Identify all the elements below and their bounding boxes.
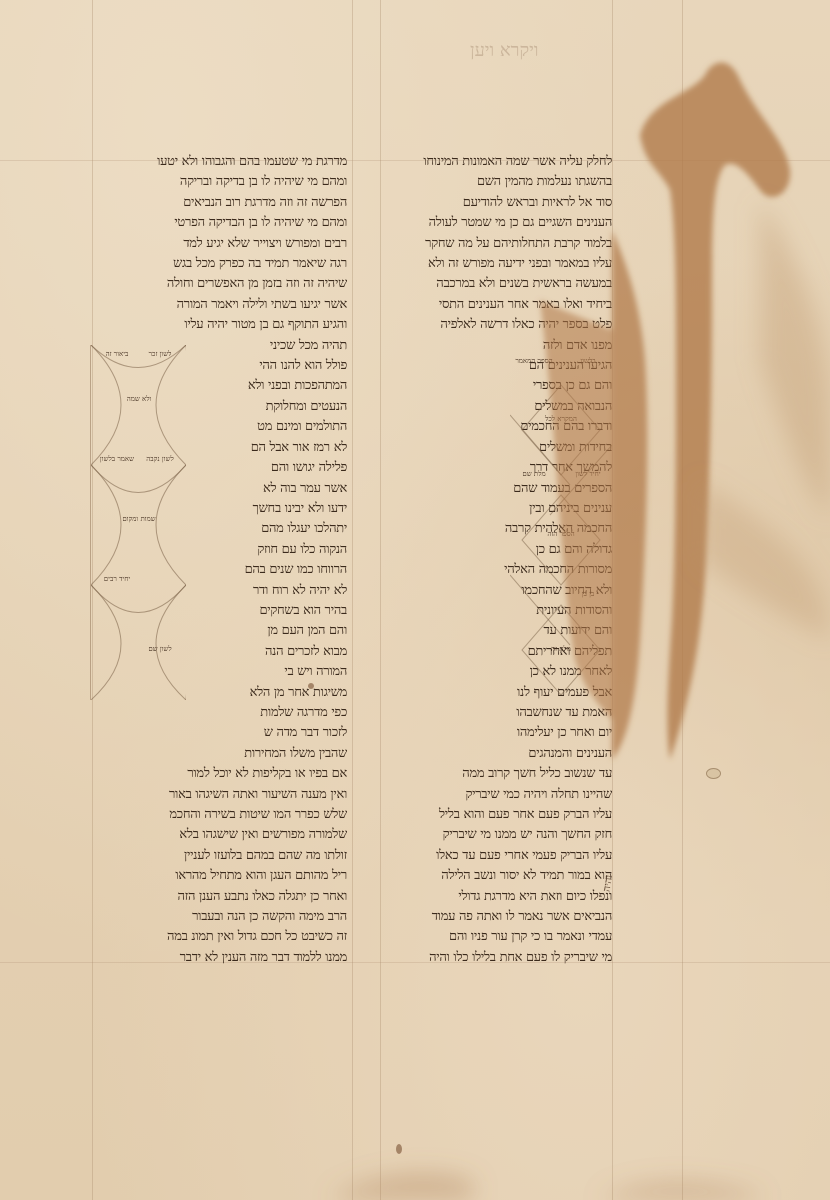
text-line: לא יהיה לא רוח ודר (188, 581, 347, 601)
text-line: לזכור דבר מדה ש (188, 723, 347, 743)
micrography-cell: שאמר בלשון (93, 455, 141, 464)
text-line: המתהפכות ובפני ולא (188, 376, 347, 396)
text-line: ידעו ולא יבינו בחשך (188, 499, 347, 519)
text-line: הפרשה זה וזה מדרגת רוב הנביאים (92, 193, 347, 213)
right-micrography-lattice: הספר המאמר בלשון המקרא לכל מלת שם יחיד ל… (510, 355, 612, 695)
ink-spot (308, 683, 314, 689)
text-line: במעשה בראשית בשנים ולא במרכבה (375, 274, 612, 294)
text-line: מי שיבריק לו פעם אחת בלילו כלו והיה (375, 948, 612, 968)
text-line: ממנו ללמוד דבר מזה הענין לא ידבר (92, 948, 347, 968)
text-line: הנעטים ומחלוקת (188, 397, 347, 417)
micrography-cell: לשון זכר (136, 350, 184, 359)
ink-spot (396, 1144, 402, 1154)
text-line: אשר יגיעו בשתי ולילה ויאמר המורה (92, 295, 347, 315)
ruling-line (682, 0, 683, 1200)
text-line: רבים ומפורש ויצוייר שלא יגיע למד (92, 234, 347, 254)
text-line: רגה שיאמר תמיד בה כפרק מכל בגש (92, 254, 347, 274)
text-line: יתהלכו יעגלו מהם (188, 519, 347, 539)
text-line: מבוא לזכרים הנה (188, 642, 347, 662)
text-line: ביחיד ואלו באמר אחר הענינים התסי (375, 295, 612, 315)
text-line: הענינים והמנהגים (481, 744, 612, 764)
micrography-cell: המקרא לכל (537, 415, 585, 424)
text-line: הוא במור תמיד לא יסור ונשב הלילה (375, 866, 612, 886)
text-line: מפנו אדם ולזה (481, 336, 612, 356)
text-line: והגיע התוקף גם בן מטור יהיה עליו (92, 315, 347, 335)
text-line: זה כשיבט כל חכם גדול ואין תמונ במה (92, 927, 347, 947)
text-line: הנקוה כלו עם חוזק (188, 540, 347, 560)
left-micrography-lattice: ביאור זה לשון זכר ולא שמה שאמר בלשון לשו… (90, 345, 186, 700)
text-line: שיהיה זה וזה בזמן מן האפשרים וחולה (92, 274, 347, 294)
micrography-cell: יחיד רבים (93, 575, 141, 584)
text-line: התולמים ומינם מט (188, 417, 347, 437)
text-line: עד שנשוב כליל חשך קרוב ממה (375, 764, 612, 784)
text-line: ריל מהותם העגן והוא מתחיל מהראו (92, 866, 347, 886)
text-line: סוד אל לראיות ובראש להודיעם (375, 193, 612, 213)
text-line: חזק החשך והנה יש ממנו מי שיבריק (375, 825, 612, 845)
micrography-cell: הספר המאמר (510, 357, 558, 366)
micrography-cell: שמות ומקום (115, 515, 163, 524)
text-line: בלמוד קרבת התחלותיהם על מה שחקר (375, 234, 612, 254)
text-line: הרב מימה והקשה כן הנה ובעבור (92, 907, 347, 927)
text-line: עליו במאמר ובפני ידיעה מפורש זה ולא (375, 254, 612, 274)
text-line: אם בפיו או בקליפות לא יוכל למור (92, 764, 347, 784)
micrography-cell: ביאור זה (93, 350, 141, 359)
micrography-cell: בן בן (564, 590, 612, 599)
text-line: שלש כפרר המו שיטות בשירה והחכמ (92, 805, 347, 825)
catchword: והיה (601, 874, 615, 892)
text-line: יום ואחר כן יעלימהו (481, 723, 612, 743)
text-line: ונפלו כיום וזאת היא מדרגת גדולי (375, 887, 612, 907)
text-line: הרווחו כמו שנים בהם (188, 560, 347, 580)
text-line: בהיר הוא בשחקים (188, 601, 347, 621)
text-line: שלמורה מפורשים ואין שישגהו בלא (92, 825, 347, 845)
diamond-pattern-icon (510, 355, 612, 695)
text-line: פלילה יגושו והם (188, 458, 347, 478)
text-line: לא רמז אור אבל הם (188, 438, 347, 458)
text-line: שהבין משלו המחירות (188, 744, 347, 764)
text-line: האמת עד שנחשבהו (481, 703, 612, 723)
ruling-line (352, 0, 353, 1200)
ruling-line (612, 0, 613, 1200)
micrography-cell: מלת זה (537, 645, 585, 654)
micrography-cell: יחיד לשון (564, 470, 612, 479)
text-line: פולל הוא להנו ההי (188, 356, 347, 376)
text-line: עמדי ונאמר בו כי קרן עור פניו והם (375, 927, 612, 947)
text-line: הענינים השגיים גם כן מי שמטר לעולה (375, 213, 612, 233)
text-line: עליו הבריק פעמי אחרי פעם עד כאלו (375, 846, 612, 866)
micrography-cell: לשון שם (136, 645, 184, 654)
text-line: בהשגתו נעלמות מהמין השם (375, 172, 612, 192)
text-line: ואין מענה השיעור ואתה השיגהו באור (92, 785, 347, 805)
faint-heading: ויקרא ויען (470, 40, 538, 61)
text-line: כפי מדרגה שלמות (188, 703, 347, 723)
text-line: הנביאים אשר נאמר לו ואתה פה עמוד (375, 907, 612, 927)
text-line: עליו הברק פעם אחר פעם והוא בליל (375, 805, 612, 825)
text-line: פלט בספר יהיה כאלו דרשה לאלפיה (375, 315, 612, 335)
manuscript-page: ויקרא ויען מדרגת מי שטעמו בהם והגבוהו ול… (0, 0, 830, 1200)
micrography-cell: מלת שם (510, 470, 558, 479)
text-line: המורה ויש בי (188, 662, 347, 682)
text-line: ואחר כן יתגלה כאלו נתבע הענן הזה (92, 887, 347, 907)
text-line: זולתו מה שהם במהם בלועזו לעניין (92, 846, 347, 866)
text-line: משיגות אחר מן הלא (188, 683, 347, 703)
micrography-cell: בלשון (564, 357, 612, 366)
text-line: תהיה מכל שכיני (188, 336, 347, 356)
micrography-cell: הספר הזה (537, 530, 585, 539)
text-line: ומהם מי שיהיה לו בן הבדיקה הפרטי (92, 213, 347, 233)
text-line: שהיינו תחלה ויהיה כמי שיבריק (375, 785, 612, 805)
text-line: ומהם מי שיהיה לו בן בדיקה ובריקה (92, 172, 347, 192)
text-line: אשר עמר בוה לא (188, 479, 347, 499)
micrography-cell: לשון נקבה (136, 455, 184, 464)
parchment-hole (706, 768, 721, 779)
text-line: לחלק עליה אשר שמה האמונות המינוחו (375, 152, 612, 172)
text-line: והם המן העם מן (188, 621, 347, 641)
micrography-cell: ולא שמה (115, 395, 163, 404)
text-line: מדרגת מי שטעמו בהם והגבוהו ולא יטעו (92, 152, 347, 172)
